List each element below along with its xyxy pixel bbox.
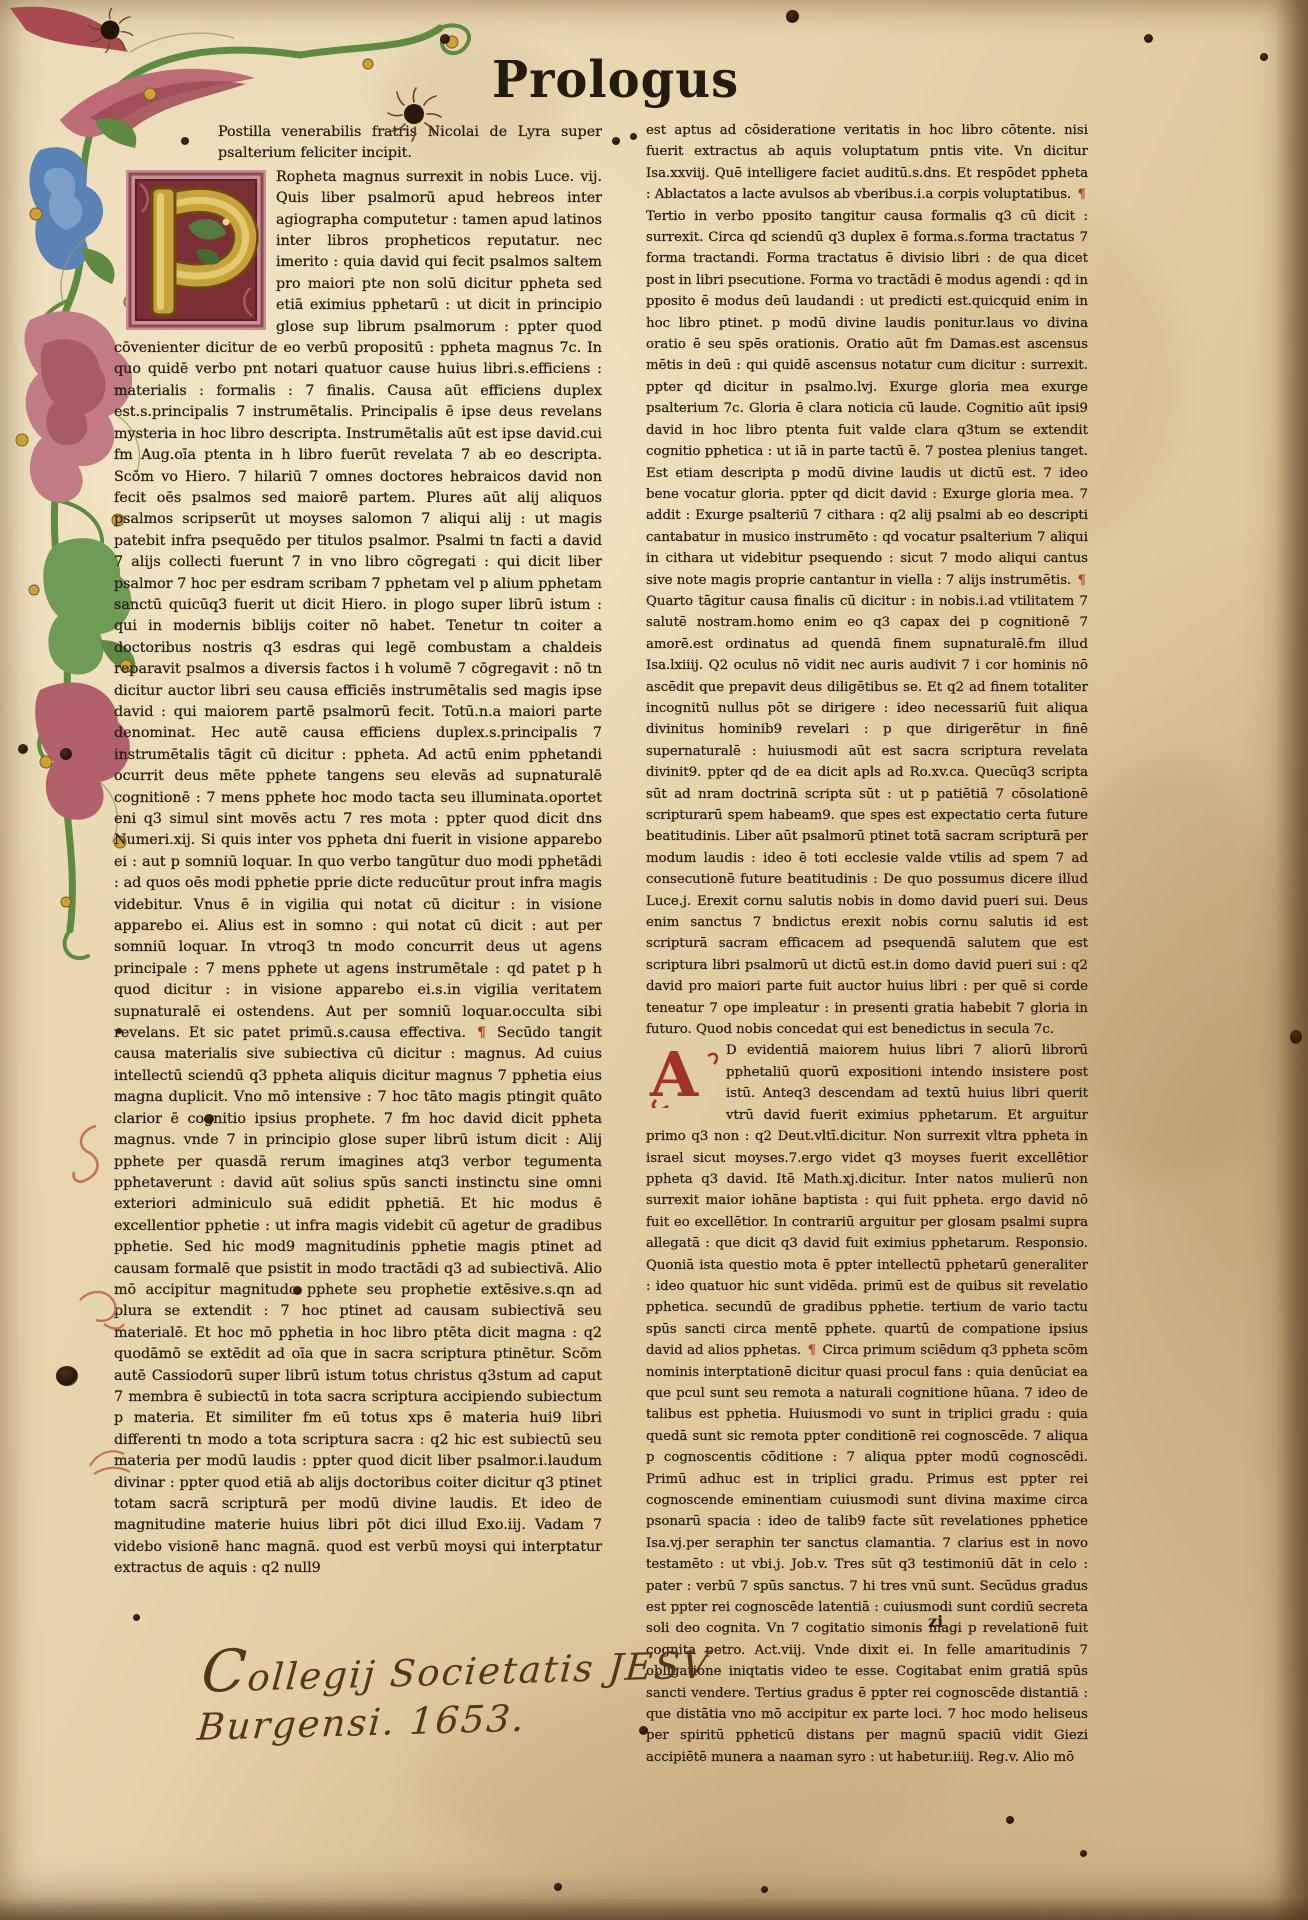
right-column-text-2: Tertio in verbo pposito tangitur causa f… [646,209,1088,588]
wormhole-spot [554,1883,562,1891]
ink-sun-doodle [384,84,444,144]
right-column-body-upper: est aptus ad cōsideratione veritatis in … [646,120,1088,1040]
page-edge-nick [1290,1030,1302,1044]
wormhole-spot [1006,1816,1014,1824]
ownership-inscription: Collegij Societatis JESV Burgensi. 1653. [196,1618,904,1749]
wormhole-spot [133,1614,140,1621]
red-ink-marginalia [84,1436,134,1482]
wormhole-spot [761,1886,768,1893]
wormhole-spot [1260,53,1268,61]
left-column-text-2: Secūdo tangit causa materialis sive subi… [114,1025,602,1576]
wormhole-spot [786,10,799,23]
wormhole-spot [18,744,28,754]
rubric-paraph-icon: ¶ [475,1025,488,1041]
wormhole-spot [1144,34,1153,43]
rubric-paraph-icon: ¶ [1076,187,1088,202]
left-column-body: Ropheta magnus surrexit in nobis Luce. v… [114,167,602,1580]
page-header-title: Prologus [492,51,739,110]
ink-blotch [56,1366,78,1386]
ink-sun-doodle [84,4,136,56]
lombard-initial-A: A [646,1042,720,1108]
wormhole-spot [630,133,637,140]
wormhole-spot [181,137,189,145]
red-ink-marginalia [74,1280,126,1340]
photograph-background: Prologus Postilla venerabilis fratris Ni… [0,0,1308,1920]
lombard-initial-letter: A [649,1042,699,1108]
wormhole-spot [639,1726,648,1735]
wormhole-spot [60,748,72,760]
red-ink-marginalia [66,1120,112,1190]
quire-signature-mark: zi [928,1612,943,1631]
rubric-paraph-icon: ¶ [1076,573,1088,588]
right-column-text-3: Quarto tāgitur causa finalis cū dicitur … [646,594,1088,1037]
wormhole-spot [293,1286,302,1295]
book-page: Prologus Postilla venerabilis fratris Ni… [0,0,1308,1920]
right-text-column: est aptus ad cōsideratione veritatis in … [646,120,1088,1768]
rubric-paraph-icon: ¶ [806,1343,818,1358]
left-text-column: Postilla venerabilis fratris Nicolai de … [114,122,602,1580]
illuminated-initial-P [126,170,266,330]
wormhole-spot [612,137,620,145]
wormhole-spot [1080,1850,1087,1857]
wormhole-spot [440,34,450,44]
wormhole-spot [204,1114,214,1124]
right-column-text-1: est aptus ad cōsideratione veritatis in … [646,123,1088,202]
wormhole-spot [116,1028,122,1034]
